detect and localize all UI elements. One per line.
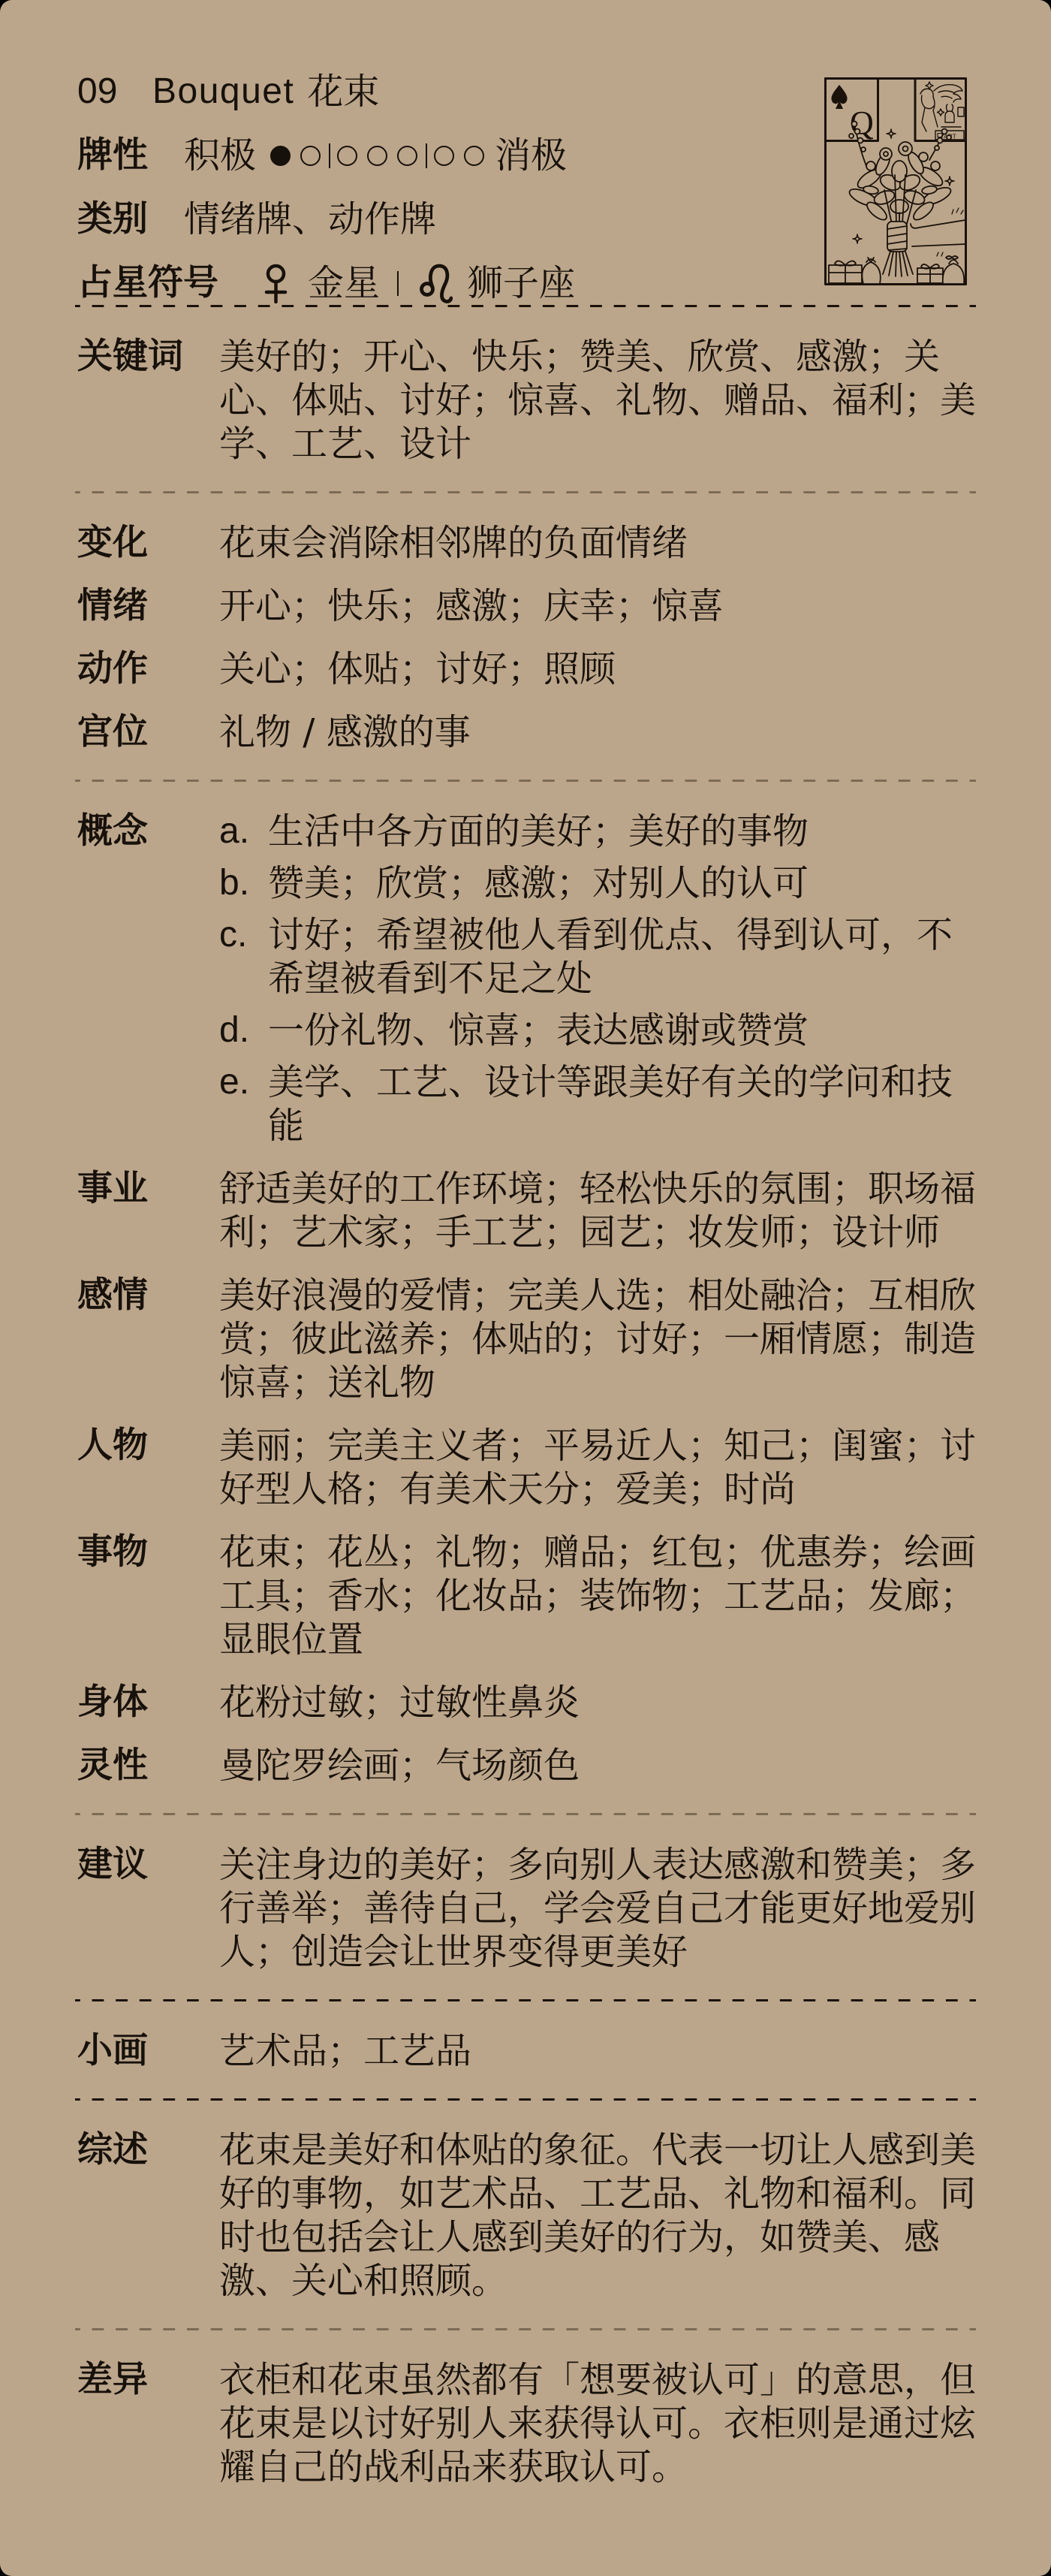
concept-item: c. 讨好；希望被他人看到优点、得到认可，不希望被看到不足之处 [219,913,976,1000]
row-summary: 综述 花束是美好和体贴的象征。代表一切让人感到美好的事物，如艺术品、工艺品、礼物… [77,2128,976,2303]
concept-item: b. 赞美；欣赏；感激；对别人的认可 [219,861,976,905]
concept-text: 一份礼物、惊喜；表达感谢或赞赏 [268,1009,976,1052]
row-value: 艺术品；工艺品 [219,2029,976,2073]
concept-marker: a. [219,810,268,853]
polarity-dot-empty [397,146,417,166]
row-label: 关键词 [77,335,219,379]
row-label: 概念 [77,810,219,853]
concept-marker: c. [219,913,268,1000]
concept-list: a. 生活中各方面的美好；美好的事物 b. 赞美；欣赏；感激；对别人的认可 c.… [219,810,976,1148]
row-value: 礼物 / 感激的事 [219,710,976,754]
row-label: 感情 [77,1274,219,1317]
row-small-picture: 小画 艺术品；工艺品 [77,2029,976,2073]
card-name-en: Bouquet [152,70,294,113]
row-keywords: 关键词 美好的；开心、快乐；赞美、欣赏、感激；关心、体贴、讨好；惊喜、礼物、赠品… [77,335,976,466]
polarity-scale [270,143,494,168]
polarity-positive-label: 积极 [184,134,256,177]
polarity-divider [329,143,330,168]
row-value: 开心；快乐；感激；庆幸；惊喜 [219,584,976,628]
row-house: 宫位 礼物 / 感激的事 [77,710,976,754]
row-label: 宫位 [77,710,219,754]
row-label: 差异 [77,2358,219,2402]
row-value: 美好浪漫的爱情；完美人选；相处融洽；互相欣赏；彼此滋养；体贴的；讨好；一厢情愿；… [219,1274,976,1404]
section-summary: 综述 花束是美好和体贴的象征。代表一切让人感到美好的事物，如艺术品、工艺品、礼物… [77,2101,976,2328]
astrology-planet: 金星 [308,261,380,305]
polarity-dot-filled [270,146,291,166]
row-label: 身体 [77,1681,219,1724]
row-label: 变化 [77,521,219,565]
polarity-label: 牌性 [77,134,184,177]
venus-icon [263,264,289,303]
concept-item: d. 一份礼物、惊喜；表达感谢或赞赏 [219,1009,976,1052]
row-label: 灵性 [77,1744,219,1787]
row-spirituality: 灵性 曼陀罗绘画；气场颜色 [77,1744,976,1787]
row-label: 动作 [77,647,219,691]
section-traits: 变化 花束会消除相邻牌的负面情绪 情绪 开心；快乐；感激；庆幸；惊喜 动作 关心… [77,493,976,780]
card-info-sheet: 09 Bouquet 花束 牌性 积极 消极 类别 情绪牌、动作牌 占星符号 金… [0,0,1051,2576]
row-value: 美好的；开心、快乐；赞美、欣赏、感激；关心、体贴、讨好；惊喜、礼物、赠品、福利；… [219,335,976,466]
concept-text: 生活中各方面的美好；美好的事物 [268,810,976,853]
section-meanings: 概念 a. 生活中各方面的美好；美好的事物 b. 赞美；欣赏；感激；对别人的认可… [77,782,976,1813]
card-illustration: ART Q [824,77,967,285]
row-advice: 建议 关注身边的美好；多向别人表达感激和赞美；多行善举；善待自己，学会爱自己才能… [77,1843,976,1974]
row-action: 动作 关心；体贴；讨好；照顾 [77,647,976,691]
concept-text: 美学、工艺、设计等跟美好有关的学问和技能 [268,1060,976,1148]
row-emotion: 情绪 开心；快乐；感激；庆幸；惊喜 [77,584,976,628]
row-body: 身体 花粉过敏；过敏性鼻炎 [77,1681,976,1724]
category-label: 类别 [77,198,184,241]
section-keywords: 关键词 美好的；开心、快乐；赞美、欣赏、感激；关心、体贴、讨好；惊喜、礼物、赠品… [77,307,976,491]
card-name-zh: 花束 [307,70,379,113]
row-label: 小画 [77,2029,219,2073]
row-value: 关注身边的美好；多向别人表达感激和赞美；多行善举；善待自己，学会爱自己才能更好地… [219,1843,976,1974]
polarity-dot-empty [464,146,484,166]
row-concept: 概念 a. 生活中各方面的美好；美好的事物 b. 赞美；欣赏；感激；对别人的认可… [77,810,976,1148]
spade-icon [831,85,847,109]
row-value: 关心；体贴；讨好；照顾 [219,647,976,691]
row-value: 曼陀罗绘画；气场颜色 [219,1744,976,1787]
row-label: 建议 [77,1843,219,1887]
concept-marker: e. [219,1060,268,1148]
row-value: 花束是美好和体贴的象征。代表一切让人感到美好的事物，如艺术品、工艺品、礼物和福利… [219,2128,976,2303]
section-difference: 差异 衣柜和花束虽然都有「想要被认可」的意思，但花束是以讨好别人来获得认可。衣柜… [77,2330,976,2514]
category-value: 情绪牌、动作牌 [184,198,436,241]
row-value: 美丽；完美主义者；平易近人；知己；闺蜜；讨好型人格；有美术天分；爱美；时尚 [219,1424,976,1511]
row-career: 事业 舒适美好的工作环境；轻松快乐的氛围；职场福利；艺术家；手工艺；园艺；妆发师… [77,1167,976,1254]
row-value: 花束；花丛；礼物；赠品；红包；优惠券；绘画工具；香水；化妆品；装饰物；工艺品；发… [219,1531,976,1661]
section-small-picture: 小画 艺术品；工艺品 [77,2001,976,2098]
astrology-label: 占星符号 [77,261,263,305]
row-label: 情绪 [77,584,219,628]
row-people: 人物 美丽；完美主义者；平易近人；知己；闺蜜；讨好型人格；有美术天分；爱美；时尚 [77,1424,976,1511]
row-value: 花束会消除相邻牌的负面情绪 [219,521,976,565]
concept-text: 赞美；欣赏；感激；对别人的认可 [268,861,976,905]
concept-marker: b. [219,861,268,905]
bouquet-drawing [829,122,965,285]
card-number: 09 [77,70,152,113]
row-relationship: 感情 美好浪漫的爱情；完美人选；相处融洽；互相欣赏；彼此滋养；体贴的；讨好；一厢… [77,1274,976,1404]
polarity-dot-empty [300,146,321,166]
concept-item: e. 美学、工艺、设计等跟美好有关的学问和技能 [219,1060,976,1148]
leo-icon [419,263,453,304]
polarity-negative-label: 消极 [495,134,567,177]
polarity-divider [426,143,427,168]
row-label: 人物 [77,1424,219,1467]
polarity-dot-empty [337,146,357,166]
row-label: 综述 [77,2128,219,2172]
concept-text: 讨好；希望被他人看到优点、得到认可，不希望被看到不足之处 [268,913,976,1000]
row-label: 事业 [77,1167,219,1211]
row-value: 衣柜和花束虽然都有「想要被认可」的意思，但花束是以讨好别人来获得认可。衣柜则是通… [219,2358,976,2489]
concept-marker: d. [219,1009,268,1052]
row-difference: 差异 衣柜和花束虽然都有「想要被认可」的意思，但花束是以讨好别人来获得认可。衣柜… [77,2358,976,2489]
row-things: 事物 花束；花丛；礼物；赠品；红包；优惠券；绘画工具；香水；化妆品；装饰物；工艺… [77,1531,976,1661]
polarity-dot-empty [434,146,454,166]
astrology-separator [397,271,399,296]
polarity-dot-empty [367,146,387,166]
astrology-sign: 狮子座 [467,261,575,305]
concept-item: a. 生活中各方面的美好；美好的事物 [219,810,976,853]
row-value: 花粉过敏；过敏性鼻炎 [219,1681,976,1724]
row-label: 事物 [77,1531,219,1574]
row-change: 变化 花束会消除相邻牌的负面情绪 [77,521,976,565]
row-value: 舒适美好的工作环境；轻松快乐的氛围；职场福利；艺术家；手工艺；园艺；妆发师；设计… [219,1167,976,1254]
section-advice: 建议 关注身边的美好；多向别人表达感激和赞美；多行善举；善待自己，学会爱自己才能… [77,1815,976,1999]
